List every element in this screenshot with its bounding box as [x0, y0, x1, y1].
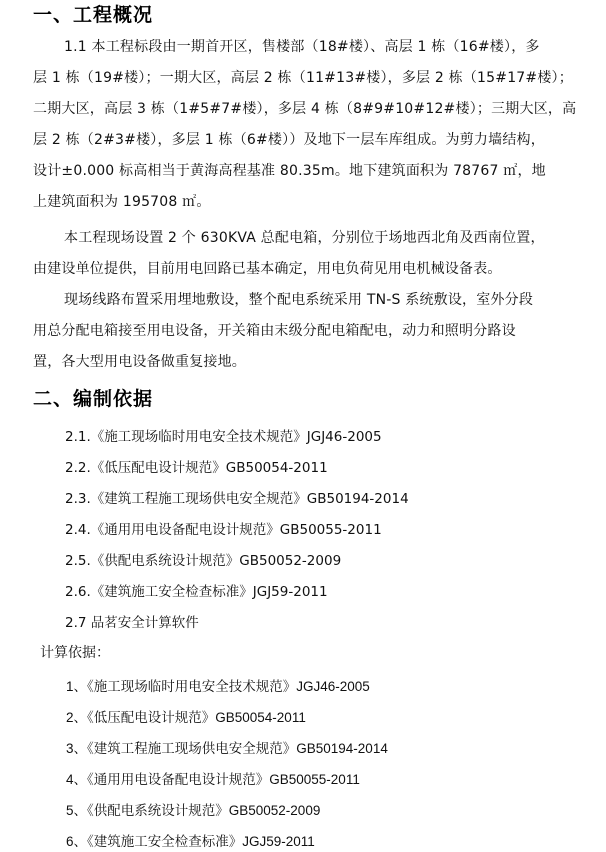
basis-item: 2.5.《供配电系统设计规范》GB50052-2009	[65, 549, 341, 569]
calc-basis-label: 计算依据：	[40, 642, 110, 662]
wiring-line: 置，各大型用电设备做重复接地。	[33, 351, 246, 371]
basis-item: 2.2.《低压配电设计规范》GB50054-2011	[65, 456, 328, 476]
overview-line: 设计±0.000 标高相当于黄海高程基准 80.35m。地下建筑面积为 7876…	[33, 160, 546, 180]
basis-item: 2.3.《建筑工程施工现场供电安全规范》GB50194-2014	[65, 487, 409, 507]
basis-item: 2.4.《通用用电设备配电设计规范》GB50055-2011	[65, 518, 382, 538]
basis-item: 2.6.《建筑施工安全检查标准》JGJ59-2011	[65, 580, 328, 600]
overview-line: 1.1 本工程标段由一期首开区，售楼部（18#楼）、高层 1 栋（16#楼），多	[64, 36, 540, 56]
overview-line: 上建筑面积为 195708 ㎡。	[33, 191, 211, 211]
overview-line: 层 1 栋（19#楼）；一期大区，高层 2 栋（11#13#楼），多层 2 栋（…	[33, 67, 573, 87]
calc-basis-item: 5、《供配电系统设计规范》GB50052-2009	[66, 799, 320, 819]
wiring-line: 现场线路布置采用埋地敷设，整个配电系统采用 TN-S 系统敷设，室外分段	[64, 289, 533, 309]
overview-line: 层 2 栋（2#3#楼），多层 1 栋（6#楼））及地下一层车库组成。为剪力墙结…	[33, 129, 545, 149]
document-page: 一、工程概况 1.1 本工程标段由一期首开区，售楼部（18#楼）、高层 1 栋（…	[0, 0, 606, 852]
calc-basis-item: 6、《建筑施工安全检查标准》JGJ59-2011	[66, 830, 315, 850]
calc-basis-item: 2、《低压配电设计规范》GB50054-2011	[66, 706, 306, 726]
calc-basis-item: 3、《建筑工程施工现场供电安全规范》GB50194-2014	[66, 737, 388, 757]
calc-basis-item: 4、《通用用电设备配电设计规范》GB50055-2011	[66, 768, 360, 788]
power-supply-line: 由建设单位提供，目前用电回路已基本确定，用电负荷见用电机械设备表。	[33, 258, 502, 278]
section-heading-overview: 一、工程概况	[33, 0, 153, 27]
calc-basis-item: 1、《施工现场临时用电安全技术规范》JGJ46-2005	[66, 675, 370, 695]
basis-item: 2.7 品茗安全计算软件	[65, 611, 199, 631]
wiring-line: 用总分配电箱接至用电设备，开关箱由末级分配电箱配电，动力和照明分路设	[33, 320, 516, 340]
section-heading-basis: 二、编制依据	[33, 384, 153, 411]
power-supply-line: 本工程现场设置 2 个 630KVA 总配电箱，分别位于场地西北角及西南位置，	[64, 227, 545, 247]
basis-item: 2.1.《施工现场临时用电安全技术规范》JGJ46-2005	[65, 425, 382, 445]
overview-line: 二期大区，高层 3 栋（1#5#7#楼），多层 4 栋（8#9#10#12#楼）…	[33, 98, 576, 118]
